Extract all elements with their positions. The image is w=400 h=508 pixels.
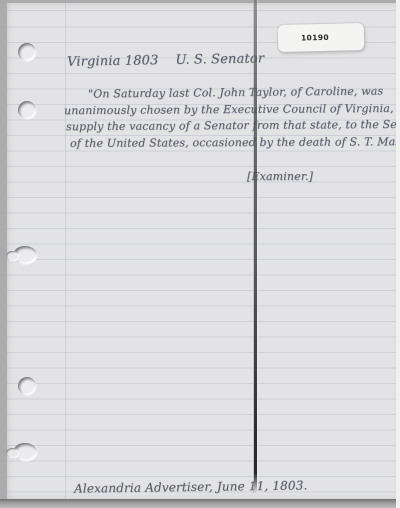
page-fold-crease <box>254 0 257 493</box>
body-line: unanimously chosen by the Executive Coun… <box>64 102 400 117</box>
catalog-number: 10190 <box>278 33 329 43</box>
heading-office: U. S. Senator <box>175 51 264 68</box>
punch-hole <box>18 101 36 119</box>
page-bottom-edge-shadow <box>0 499 400 508</box>
catalog-number-label: 10190 <box>278 23 365 52</box>
punch-hole <box>18 43 36 61</box>
page-right-edge <box>396 0 400 508</box>
scanned-document-page: 10190 Virginia 1803U. S. Senator "On Sat… <box>0 0 400 508</box>
body-line: of the United States, occasioned by the … <box>70 135 400 150</box>
punch-hole-torn <box>14 443 37 461</box>
margin-rule-line <box>65 3 66 500</box>
punch-hole <box>18 377 36 395</box>
heading-place-year: Virginia 1803 <box>67 53 159 70</box>
body-line: supply the vacancy of a Senator from tha… <box>66 118 400 133</box>
punch-hole-torn <box>14 246 37 264</box>
